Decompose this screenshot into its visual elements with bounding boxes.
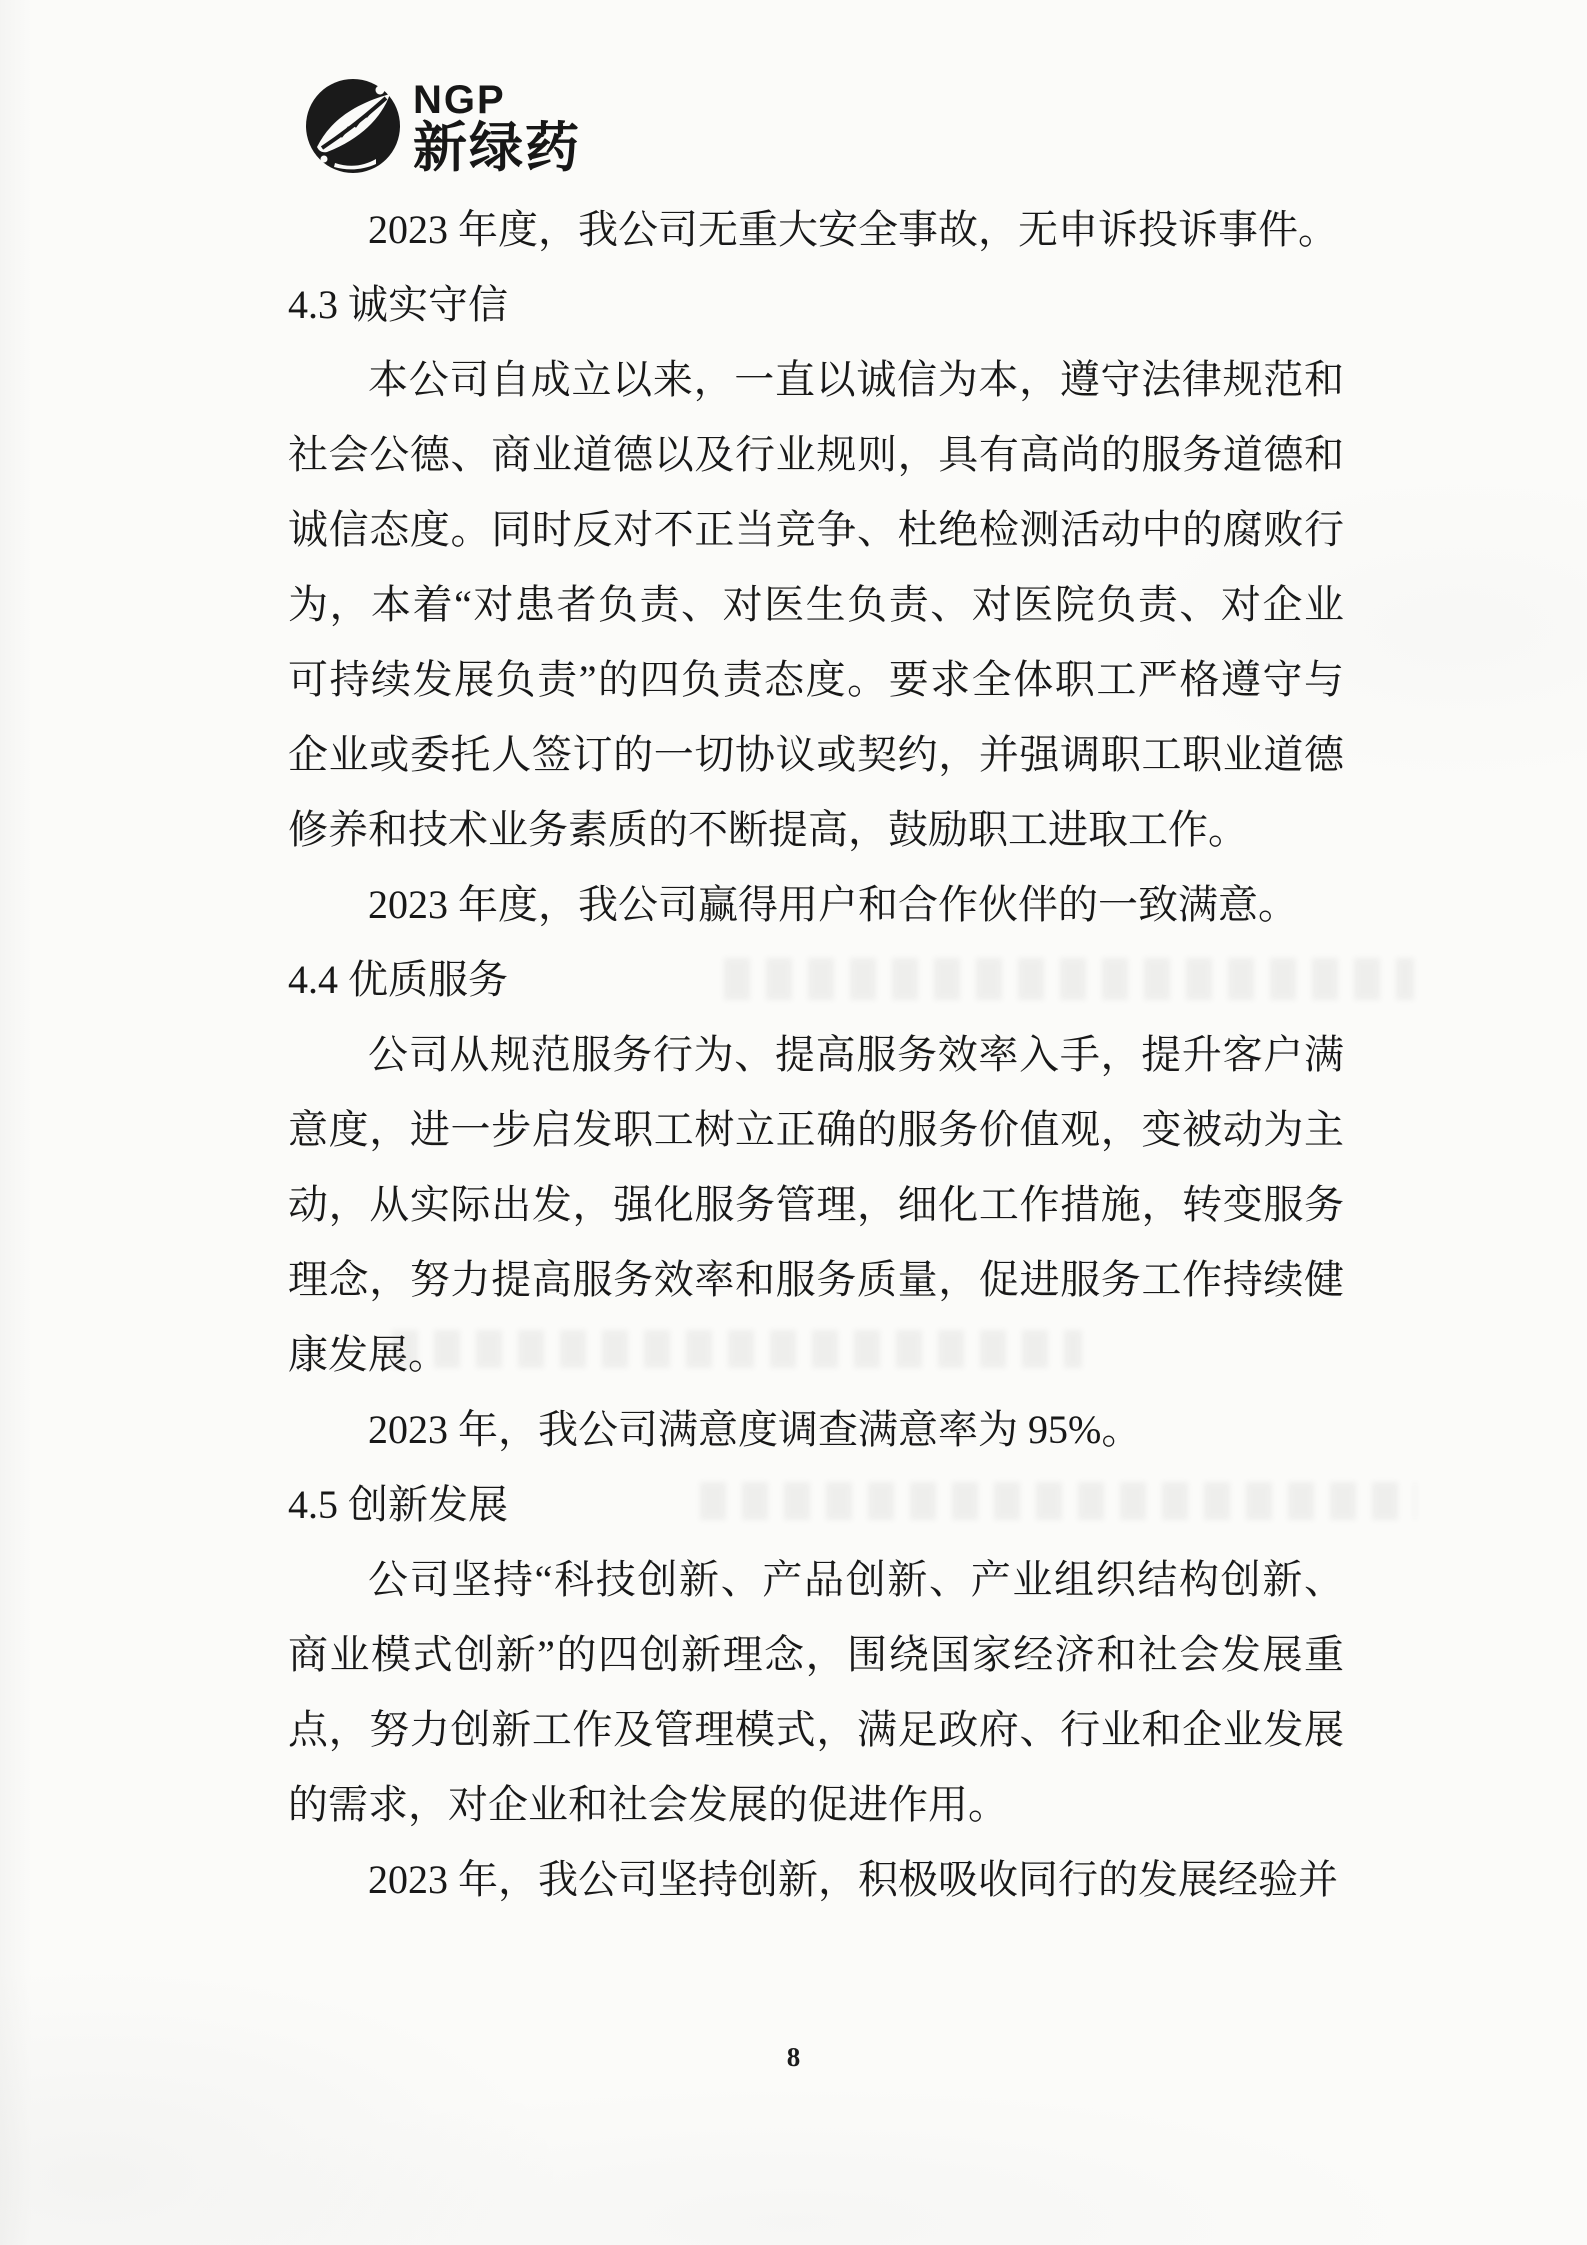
logo-ngp-acronym: NGP	[413, 82, 581, 118]
logo-chinese-name: 新绿药	[413, 120, 581, 176]
paragraph-safety-record: 2023 年度，我公司无重大安全事故，无申诉投诉事件。	[288, 192, 1344, 267]
paragraph-innovation-body: 公司坚持“科技创新、产品创新、产业组织结构创新、商业模式创新”的四创新理念，围绕…	[288, 1542, 1344, 1842]
paragraph-integrity-body: 本公司自成立以来，一直以诚信为本，遵守法律规范和社会公德、商业道德以及行业规则，…	[288, 342, 1344, 867]
paragraph-innovation-2023: 2023 年，我公司坚持创新，积极吸收同行的发展经验并	[288, 1842, 1344, 1917]
paragraph-partner-satisfaction: 2023 年度，我公司赢得用户和合作伙伴的一致满意。	[288, 867, 1344, 942]
ngp-leaf-logo-icon	[303, 74, 403, 176]
logo-text: NGP 新绿药	[413, 74, 581, 176]
company-logo: NGP 新绿药	[303, 74, 581, 176]
paragraph-service-body: 公司从规范服务行为、提高服务效率入手，提升客户满意度，进一步启发职工树立正确的服…	[288, 1017, 1344, 1392]
heading-4-3-integrity: 4.3 诚实守信	[288, 267, 1344, 342]
paragraph-satisfaction-rate: 2023 年，我公司满意度调查满意率为 95%。	[288, 1392, 1344, 1467]
document-body: 2023 年度，我公司无重大安全事故，无申诉投诉事件。 4.3 诚实守信 本公司…	[288, 192, 1344, 1917]
page-number: 8	[0, 2042, 1587, 2073]
document-page: NGP 新绿药 2023 年度，我公司无重大安全事故，无申诉投诉事件。 4.3 …	[0, 0, 1587, 2245]
heading-4-5-innovation: 4.5 创新发展	[288, 1467, 1344, 1542]
heading-4-4-quality-service: 4.4 优质服务	[288, 942, 1344, 1017]
